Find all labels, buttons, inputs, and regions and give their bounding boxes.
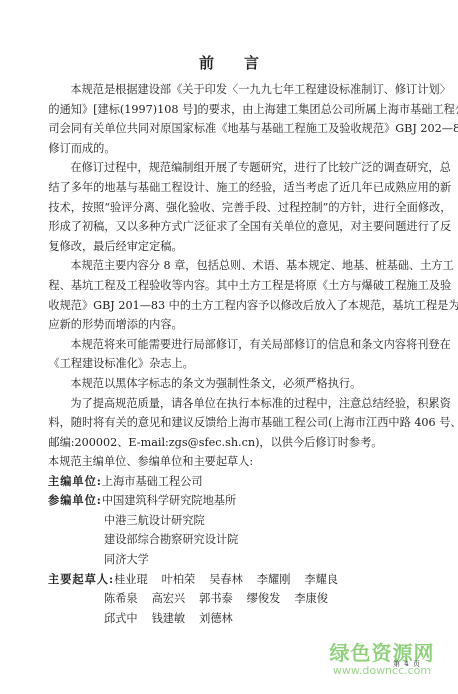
drafter-name: 刘德林 — [199, 609, 233, 629]
drafter-name: 邱式中 — [104, 609, 138, 629]
paragraph-6: 为了提高规范质量，请各单位在执行本标准的过程中，注意总结经验，积累资 料，随时将… — [26, 394, 434, 453]
paragraph-5: 本规范以黑体字标志的条文为强制性条文，必须严格执行。 — [26, 374, 434, 394]
text-line: 应新的形势而增添的内容。 — [26, 315, 434, 335]
watermark-text: 绿色资源网 — [322, 642, 442, 664]
drafter-name: 缪俊发 — [247, 589, 281, 609]
text-line: 司会同有关单位共同对原国家标准《地基与基础工程施工及验收规范》GBJ 202—8… — [26, 119, 434, 139]
text-line: 技术，按照“验评分离、强化验收、完善手段、过程控制”的方针，进行全面修改， — [26, 198, 434, 218]
text-line: 在修订过程中，规范编制组开展了专题研究，进行了比较广泛的调查研究，总 — [26, 158, 434, 178]
watermark-logo: 绿色资源网 www.downcc.com — [322, 642, 442, 677]
credits-section: 本规范主编单位、参编单位和主要起草人: 主编单位: 上海市基础工程公司 参编单位… — [48, 452, 338, 628]
drafter-name: 叶柏荣 — [162, 570, 196, 590]
preface-body: 本规范是根据建设部《关于印发〈一九九七年工程建设标准制订、修订计划〉 的通知》[… — [26, 80, 434, 452]
text-line: 本规范将来可能需要进行局部修订，有关局部修订的信息和条文内容将刊登在 — [26, 335, 434, 355]
text-line: 形成了初稿，又以多种方式广泛征求了全国有关单位的意见，对主要问题进行了反 — [26, 217, 434, 237]
participating-unit: 同济大学 — [48, 550, 338, 570]
paragraph-3: 本规范主要内容分 8 章，包括总则、术语、基本规定、地基、桩基础、土方工 程、基… — [26, 256, 434, 334]
participating-unit: 中国建筑科学研究院地基所 — [102, 491, 236, 511]
drafter-name: 吴春林 — [209, 570, 243, 590]
text-line: 复修改，最后经审定定稿。 — [26, 237, 434, 257]
text-line: 本规范是根据建设部《关于印发〈一九九七年工程建设标准制订、修订计划〉 — [26, 80, 434, 100]
text-line: 料，随时将有关的意见和建议反馈给上海市基础工程公司(上海市江西中路 406 号、 — [26, 413, 434, 433]
drafters-names: 桂业琨 叶柏荣 吴春林 李耀刚 李耀良 — [114, 570, 338, 590]
page-number: 第 4 页 — [393, 659, 421, 669]
chief-unit-row: 主编单位: 上海市基础工程公司 — [48, 472, 338, 492]
watermark-url: www.downcc.com — [322, 664, 442, 677]
document-page: 前言 本规范是根据建设部《关于印发〈一九九七年工程建设标准制订、修订计划〉 的通… — [0, 0, 458, 694]
text-line: 邮编:200002、E-mail:zgs@sfec.sh.cn)，以供今后修订时… — [26, 433, 434, 453]
drafter-name: 桂业琨 — [114, 570, 148, 590]
chief-unit-value: 上海市基础工程公司 — [102, 472, 203, 492]
text-line: 本规范以黑体字标志的条文为强制性条文，必须严格执行。 — [26, 374, 434, 394]
participating-unit: 建设部综合勘察研究设计院 — [48, 530, 338, 550]
drafter-name: 陈希泉 — [104, 589, 138, 609]
text-line: 收规范》GBJ 201—83 中的土方工程内容予以修改后放入了本规范，基坑工程是… — [26, 296, 434, 316]
drafter-name: 李康俊 — [294, 589, 328, 609]
text-line: 为了提高规范质量，请各单位在执行本标准的过程中，注意总结经验，积累资 — [26, 394, 434, 414]
paragraph-2: 在修订过程中，规范编制组开展了专题研究，进行了比较广泛的调查研究，总 结了多年的… — [26, 158, 434, 256]
drafters-names: 陈希泉 高宏兴 郭书泰 缪俊发 李康俊 — [104, 589, 328, 609]
drafter-name: 李耀良 — [304, 570, 338, 590]
text-line: 修订而成的。 — [26, 139, 434, 159]
chief-unit-label: 主编单位: — [48, 472, 102, 492]
text-line: 程、基坑工程及工程验收等内容。其中土方工程是将原《土方与爆破工程施工及验 — [26, 276, 434, 296]
paragraph-4: 本规范将来可能需要进行局部修订，有关局部修订的信息和条文内容将刊登在 《工程建设… — [26, 335, 434, 374]
text-line: 本规范主要内容分 8 章，包括总则、术语、基本规定、地基、桩基础、土方工 — [26, 256, 434, 276]
participating-unit: 中港三航设计研究院 — [48, 511, 338, 531]
text-line: 《工程建设标准化》杂志上。 — [26, 354, 434, 374]
participating-units-label: 参编单位: — [48, 491, 102, 511]
drafters-row: 主要起草人: 桂业琨 叶柏荣 吴春林 李耀刚 李耀良 — [48, 570, 338, 590]
drafter-name: 郭书泰 — [199, 589, 233, 609]
drafters-row: 邱式中 钱建敏 刘德林 — [48, 609, 338, 629]
text-line: 的通知》[建标(1997)108 号]的要求，由上海建工集团总公司所属上海市基础… — [26, 100, 434, 120]
drafters-row: 陈希泉 高宏兴 郭书泰 缪俊发 李康俊 — [48, 589, 338, 609]
participating-units-row: 参编单位: 中国建筑科学研究院地基所 — [48, 491, 338, 511]
page-title: 前言 — [0, 52, 458, 73]
drafter-name: 高宏兴 — [152, 589, 186, 609]
drafter-name: 钱建敏 — [152, 609, 186, 629]
text-line: 结了多年的地基与基础工程设计、施工的经验，适当考虑了近几年已成熟应用的新 — [26, 178, 434, 198]
drafter-name: 李耀刚 — [257, 570, 291, 590]
drafters-names: 邱式中 钱建敏 刘德林 — [104, 609, 233, 629]
drafters-label: 主要起草人: — [48, 570, 114, 590]
credits-intro: 本规范主编单位、参编单位和主要起草人: — [48, 452, 338, 472]
paragraph-1: 本规范是根据建设部《关于印发〈一九九七年工程建设标准制订、修订计划〉 的通知》[… — [26, 80, 434, 158]
